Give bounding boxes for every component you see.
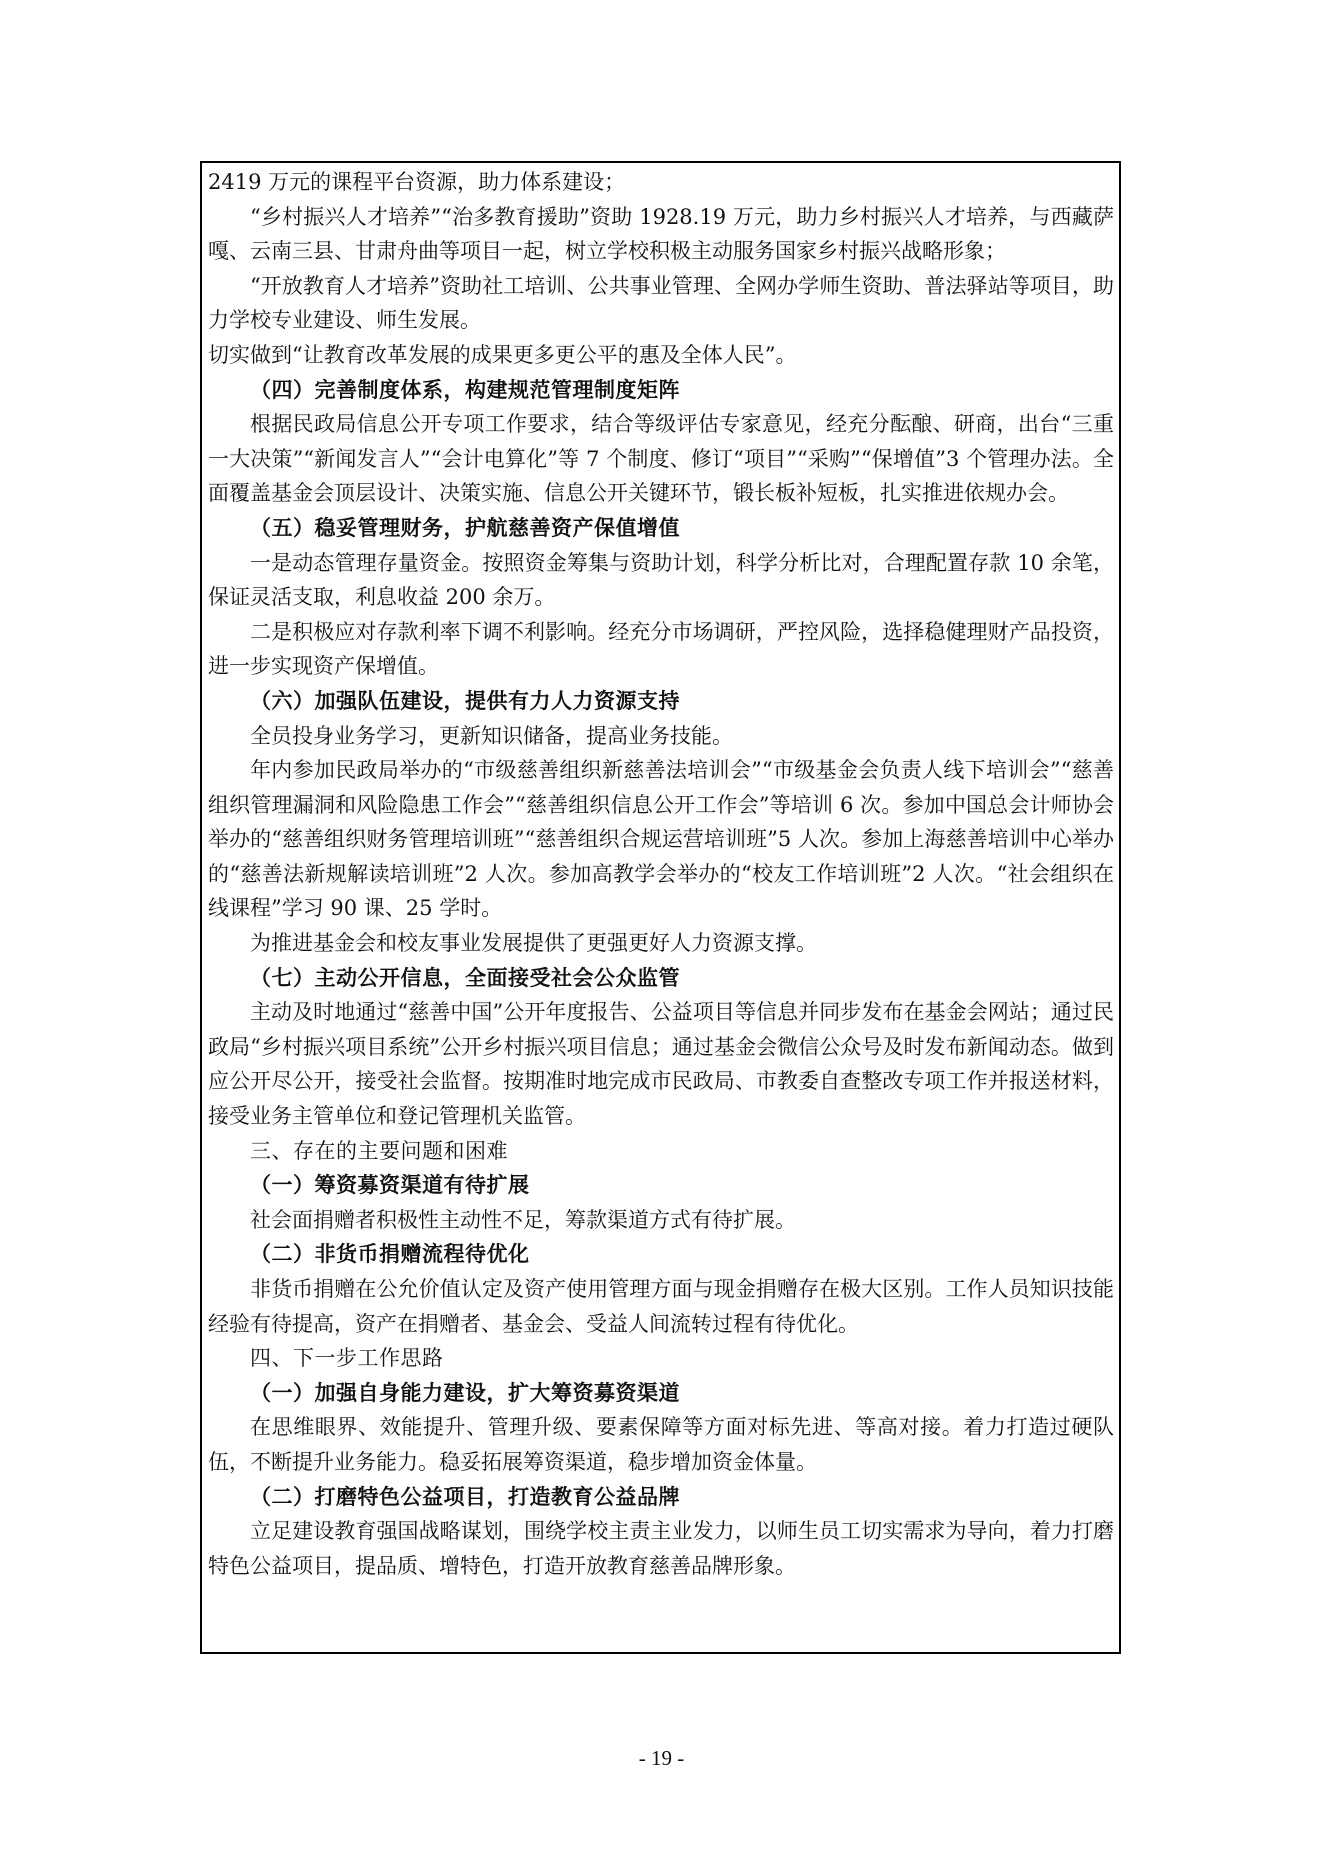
subsection-heading: （二）非货币捐赠流程待优化 [208,1237,1114,1272]
subsection-heading: （五）稳妥管理财务，护航慈善资产保值增值 [208,511,1114,546]
paragraph: 非货币捐赠在公允价值认定及资产使用管理方面与现金捐赠存在极大区别。工作人员知识技… [208,1272,1114,1341]
paragraph: 主动及时地通过“慈善中国”公开年度报告、公益项目等信息并同步发布在基金会网站；通… [208,995,1114,1133]
subsection-heading: （二）打磨特色公益项目，打造教育公益品牌 [208,1480,1114,1515]
paragraph: 切实做到“让教育改革发展的成果更多更公平的惠及全体人民”。 [208,338,1114,373]
paragraph: 在思维眼界、效能提升、管理升级、要素保障等方面对标先进、等高对接。着力打造过硬队… [208,1410,1114,1479]
subsection-heading: （七）主动公开信息，全面接受社会公众监管 [208,961,1114,996]
paragraph: 根据民政局信息公开专项工作要求，结合等级评估专家意见，经充分酝酿、研商，出台“三… [208,407,1114,511]
content-table-cell: 2419 万元的课程平台资源，助力体系建设； “乡村振兴人才培养”“治多教育援助… [200,161,1121,1654]
section-heading: 四、下一步工作思路 [208,1341,1114,1376]
subsection-heading: （六）加强队伍建设，提供有力人力资源支持 [208,684,1114,719]
page-number: - 19 - [0,1746,1323,1771]
section-heading: 三、存在的主要问题和困难 [208,1134,1114,1169]
paragraph: 为推进基金会和校友事业发展提供了更强更好人力资源支撑。 [208,926,1114,961]
paragraph: 一是动态管理存量资金。按照资金筹集与资助计划，科学分析比对，合理配置存款 10 … [208,546,1114,615]
paragraph: 2419 万元的课程平台资源，助力体系建设； [208,165,1114,200]
paragraph: 立足建设教育强国战略谋划，围绕学校主责主业发力，以师生员工切实需求为导向，着力打… [208,1514,1114,1583]
paragraph: 年内参加民政局举办的“市级慈善组织新慈善法培训会”“市级基金会负责人线下培训会”… [208,753,1114,926]
paragraph: “乡村振兴人才培养”“治多教育援助”资助 1928.19 万元，助力乡村振兴人才… [208,200,1114,269]
paragraph: 社会面捐赠者积极性主动性不足，筹款渠道方式有待扩展。 [208,1203,1114,1238]
paragraph: 全员投身业务学习，更新知识储备，提高业务技能。 [208,719,1114,754]
subsection-heading: （一）加强自身能力建设，扩大筹资募资渠道 [208,1376,1114,1411]
document-body: 2419 万元的课程平台资源，助力体系建设； “乡村振兴人才培养”“治多教育援助… [208,165,1114,1583]
subsection-heading: （四）完善制度体系，构建规范管理制度矩阵 [208,373,1114,408]
paragraph: “开放教育人才培养”资助社工培训、公共事业管理、全网办学师生资助、普法驿站等项目… [208,269,1114,338]
subsection-heading: （一）筹资募资渠道有待扩展 [208,1168,1114,1203]
paragraph: 二是积极应对存款利率下调不利影响。经充分市场调研，严控风险，选择稳健理财产品投资… [208,615,1114,684]
